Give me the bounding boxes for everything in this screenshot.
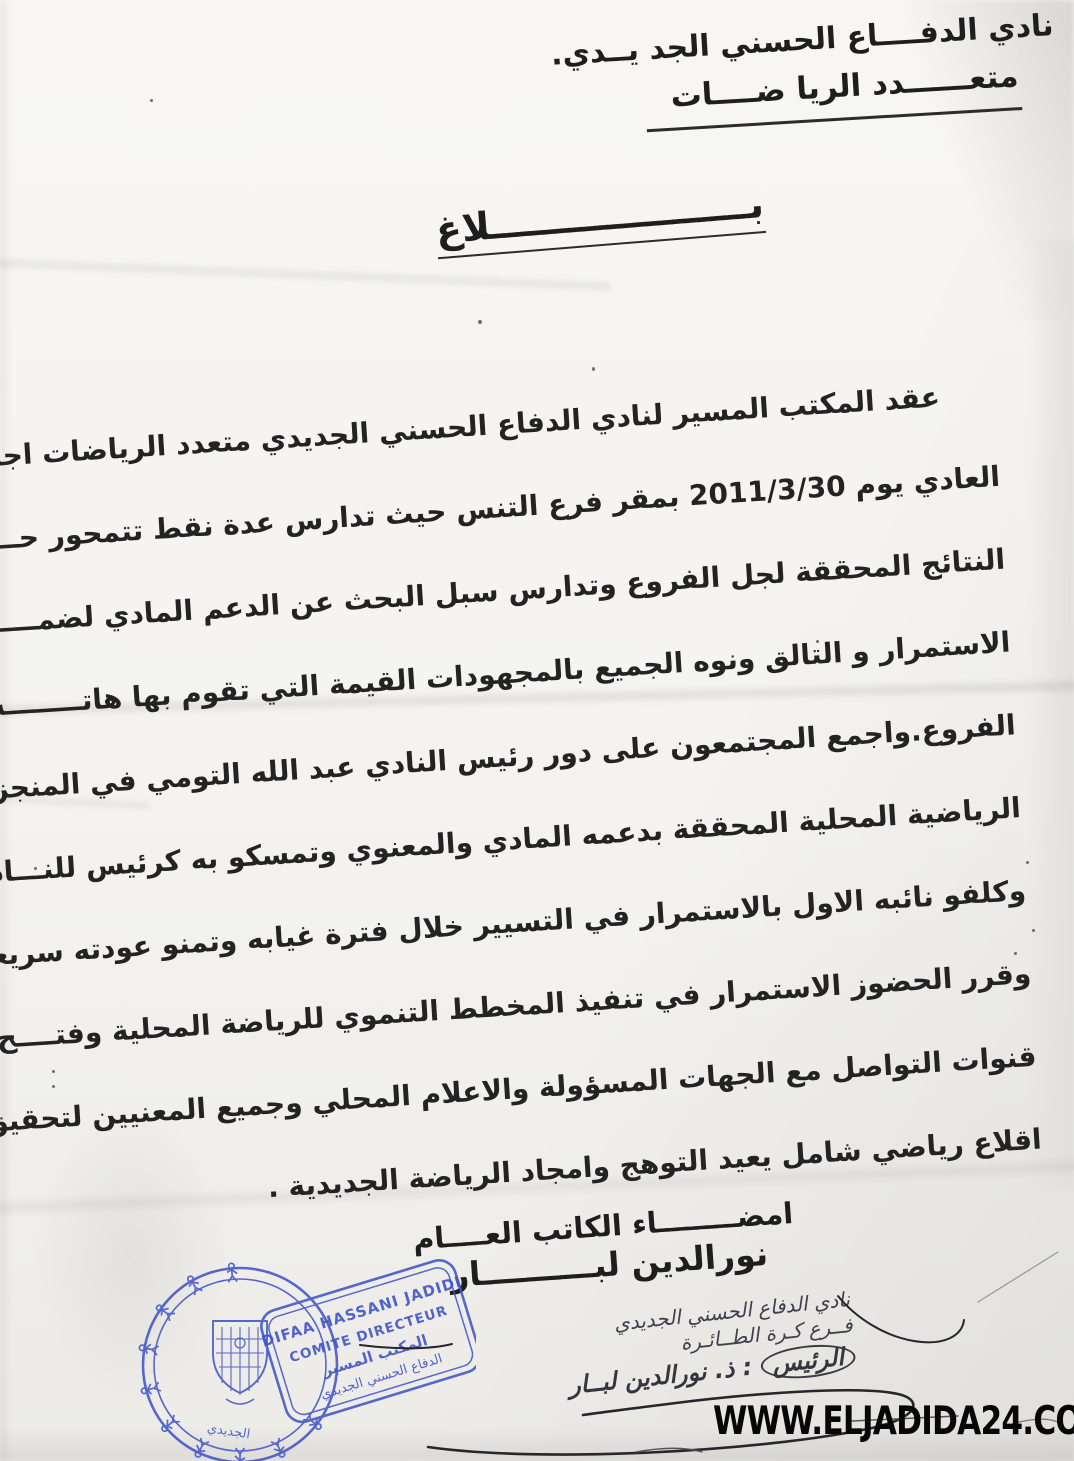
dust-speck bbox=[1026, 861, 1029, 864]
letterhead: نادي الدفــــاع الحسني الجد يــدي. متعــ… bbox=[513, 2, 1058, 140]
scanned-document-page: نادي الدفــــاع الحسني الجد يــدي. متعــ… bbox=[0, 0, 1074, 1461]
fold-crease bbox=[0, 256, 610, 293]
president-label: الرئيس bbox=[759, 1341, 858, 1383]
dust-speck bbox=[478, 320, 482, 324]
document-title: بــــــــــــــــــــلاغ bbox=[434, 182, 766, 259]
dust-speck bbox=[150, 99, 153, 102]
stamp-inner-text: الجديدي bbox=[206, 1421, 251, 1443]
body-paragraph: عقد المكتب المسير لنادي الدفاع الحسني ال… bbox=[69, 352, 1044, 1238]
club-stamp-icon: DIFAA HASSANI JADIDI COMITE DIRECTEUR ال… bbox=[128, 1253, 476, 1461]
dust-speck bbox=[1032, 929, 1035, 932]
dust-speck bbox=[592, 367, 595, 371]
handwritten-note: نادي الدفاع الحسني الجديدي فــرع كـرة ال… bbox=[561, 1286, 857, 1403]
watermark-site-url: WWW.ELJADIDA24.COM bbox=[713, 1399, 1074, 1444]
